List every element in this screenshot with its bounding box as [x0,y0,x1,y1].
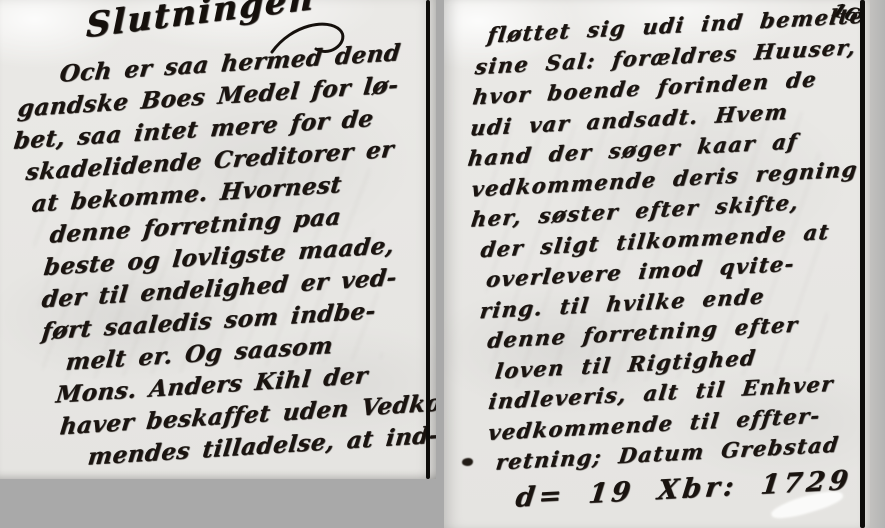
left-page: Slutningen Och er saa hermed dendgandske… [0,0,436,479]
left-page-margin-rule [426,0,430,479]
right-page: 16 fløttet sig udi ind bemeltesine Sal: … [444,0,870,528]
right-page-text: fløttet sig udi ind bemeltesine Sal: for… [458,0,870,515]
ink-blot [462,458,473,466]
right-page-margin-rule [860,0,865,528]
left-page-text: Och er saa hermed dendgandske Boes Medel… [6,34,436,477]
scanner-margin-strip [870,0,885,528]
scanned-document: Slutningen Och er saa hermed dendgandske… [0,0,885,528]
